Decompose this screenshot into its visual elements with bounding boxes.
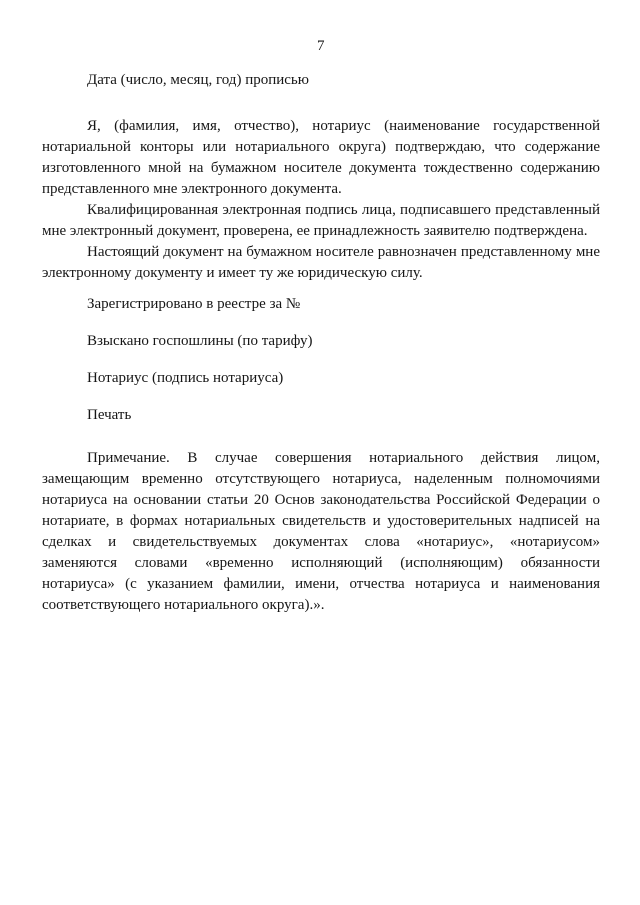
paragraph-equivalence-statement: Настоящий документ на бумажном носителе … [42,242,600,284]
page-number: 7 [42,36,600,57]
registry-number-line: Зарегистрировано в реестре за № [42,294,600,315]
state-fee-line: Взыскано госпошлины (по тарифу) [42,331,600,352]
notary-signature-line: Нотариус (подпись нотариуса) [42,368,600,389]
paragraph-signature-verification: Квалифицированная электронная подпись ли… [42,200,600,242]
document-content: 7 Дата (число, месяц, год) прописью Я, (… [42,0,600,616]
date-caption-line: Дата (число, месяц, год) прописью [42,70,600,91]
paragraph-identity-statement: Я, (фамилия, имя, отчество), нотариус (н… [42,116,600,200]
note-paragraph: Примечание. В случае совершения нотариал… [42,448,600,616]
document-page: 7 Дата (число, месяц, год) прописью Я, (… [0,0,640,905]
seal-line: Печать [42,405,600,426]
